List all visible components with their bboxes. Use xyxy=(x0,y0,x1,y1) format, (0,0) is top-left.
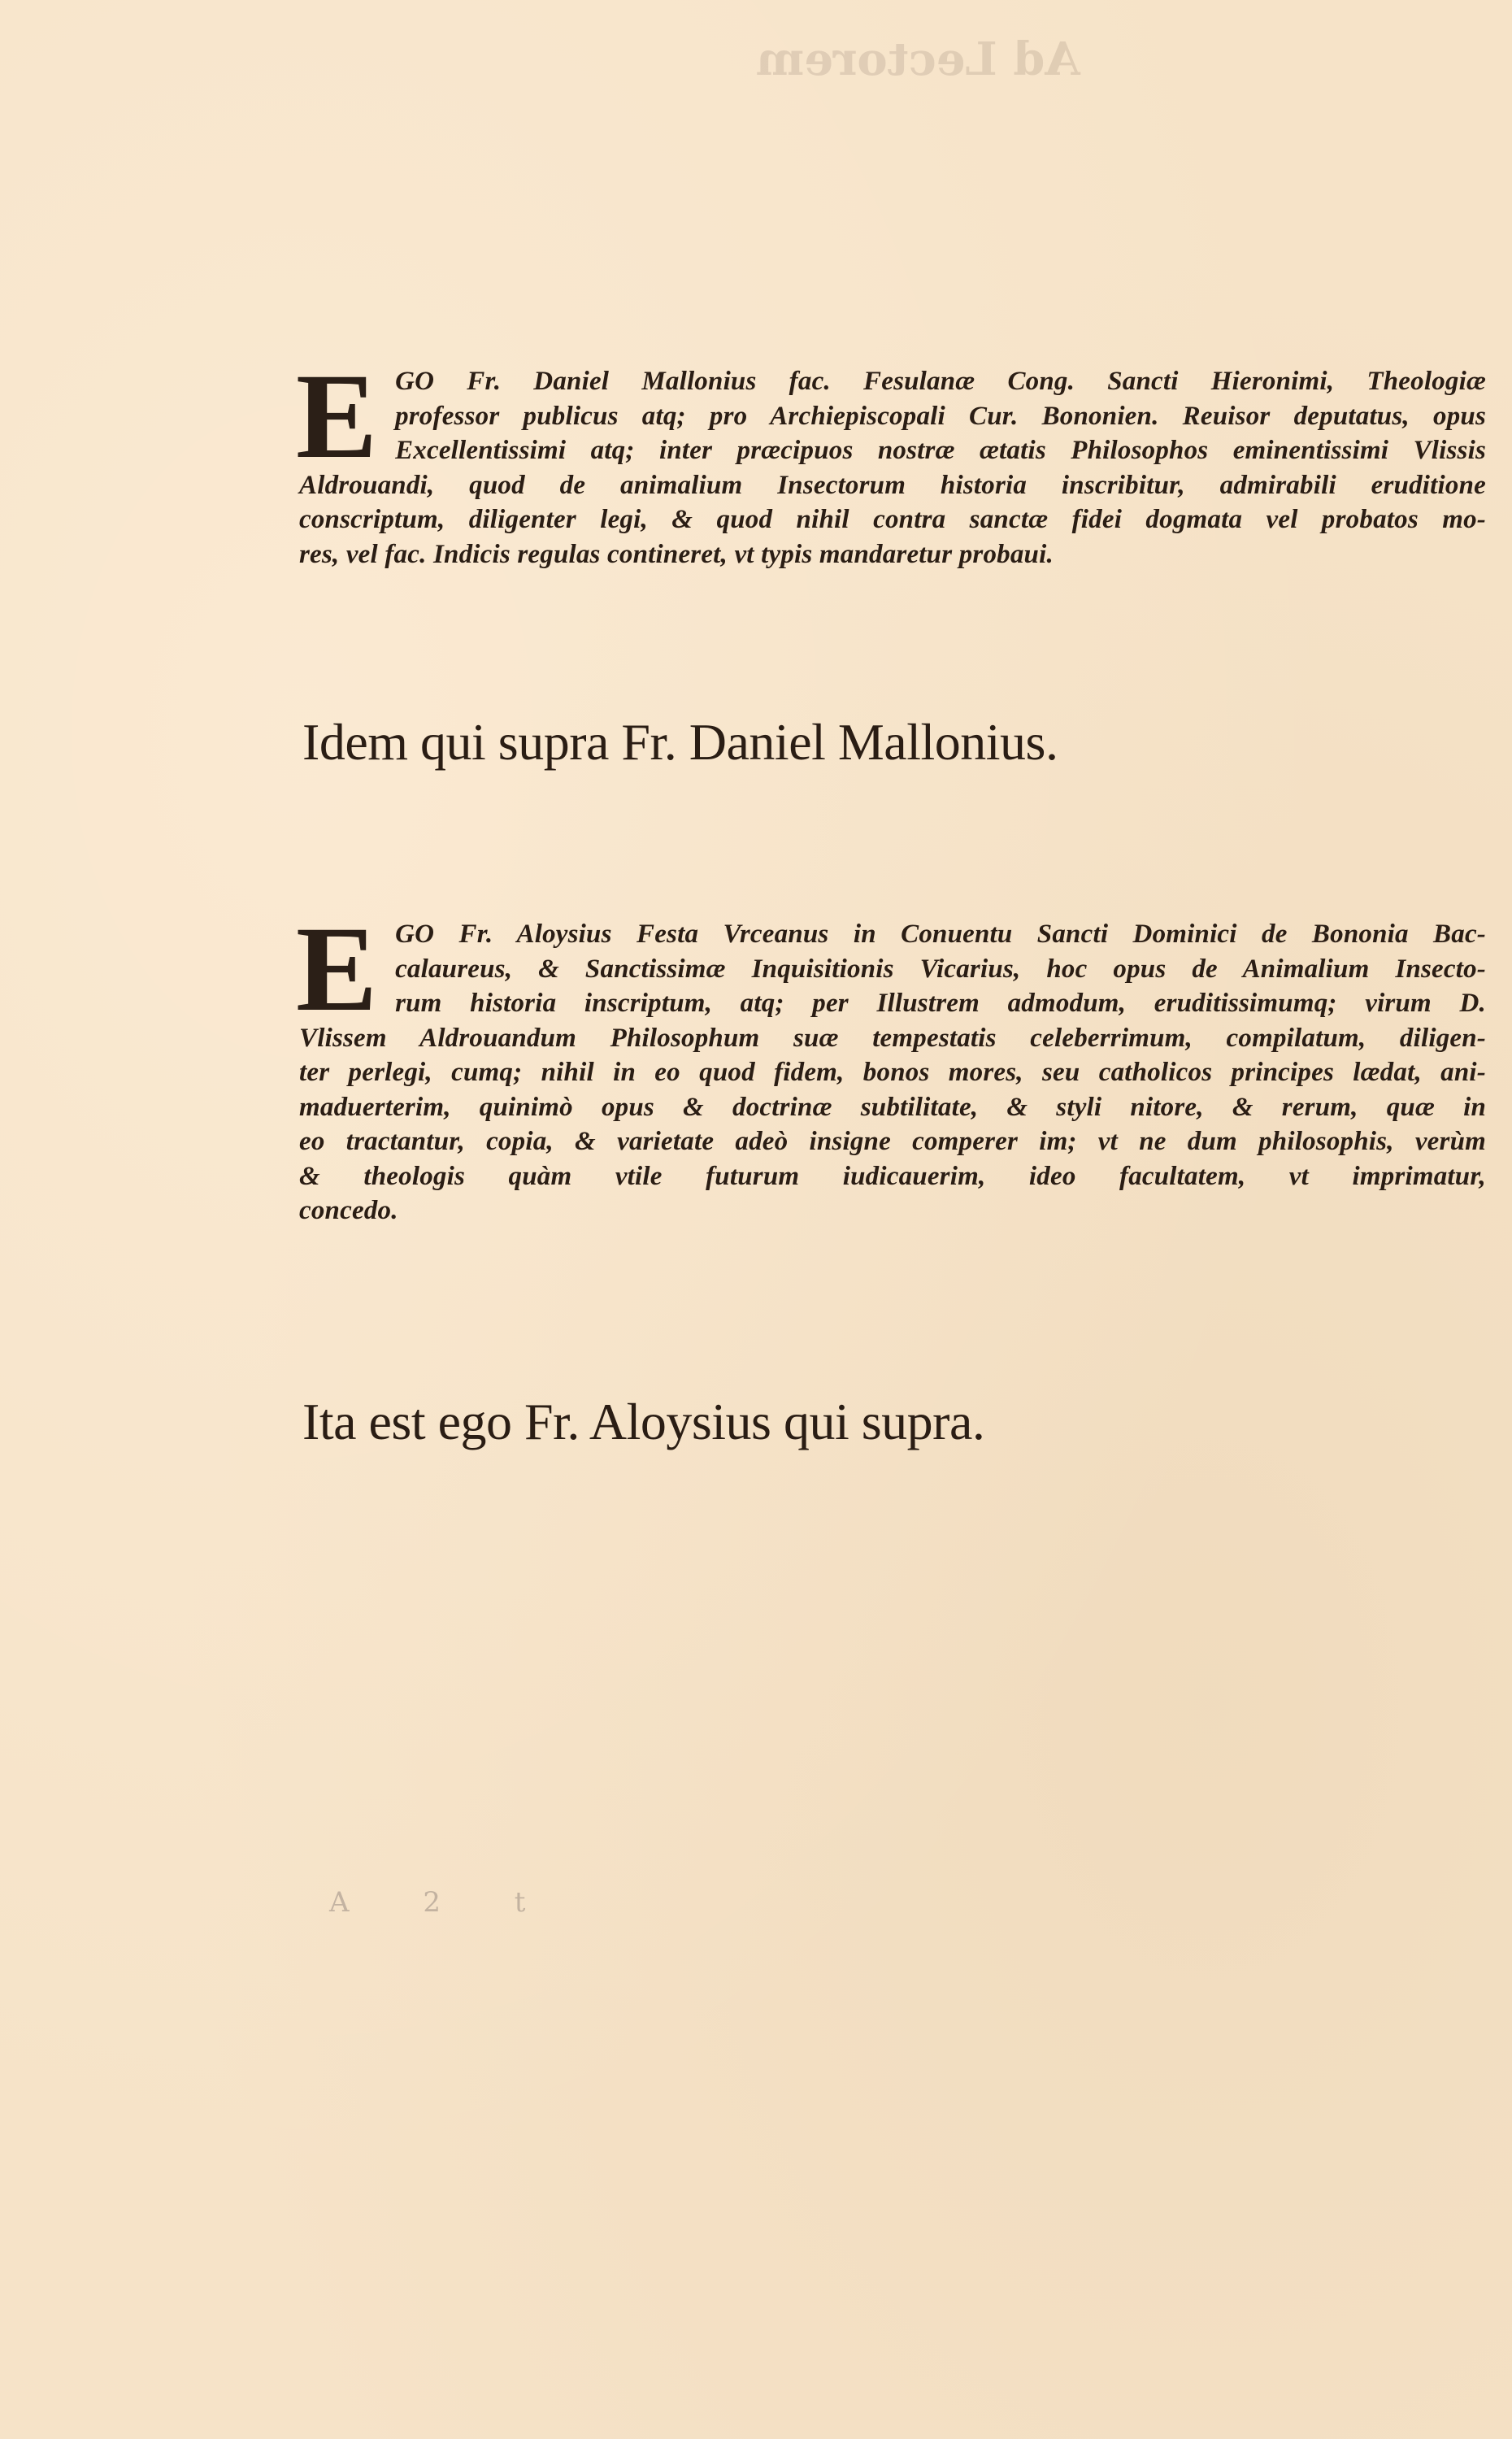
text-line: res, vel fac. Indicis regulas contineret… xyxy=(299,537,1486,572)
text-line: ter perlegi, cumq; nihil in eo quod fide… xyxy=(299,1055,1486,1090)
text-line: conscriptum, diligenter legi, & quod nih… xyxy=(299,502,1486,537)
approval-paragraph-aloysius: E GO Fr. Aloysius Festa Vrceanus in Conu… xyxy=(299,917,1486,1228)
bleed-through-title: Ad Lectorem xyxy=(756,33,1080,86)
signature-mallonius: Idem qui supra Fr. Daniel Mallonius. xyxy=(302,712,1058,772)
approval-paragraph-mallonius: E GO Fr. Daniel Mallonius fac. Fesulanæ … xyxy=(299,364,1486,572)
text-line: & theologis quàm vtile futurum iudicauer… xyxy=(299,1159,1486,1194)
text-line: Aldrouandi, quod de animalium Insectorum… xyxy=(299,468,1486,503)
text-line: GO Fr. Aloysius Festa Vrceanus in Conuen… xyxy=(299,917,1486,952)
drop-cap: E xyxy=(296,924,377,1015)
bleed-through-signature-marks: A 2 t xyxy=(329,1886,558,1919)
text-line: maduerterim, quinimò opus & doctrinæ sub… xyxy=(299,1090,1486,1125)
text-line: rum historia inscriptum, atq; per Illust… xyxy=(299,986,1486,1021)
text-line: concedo. xyxy=(299,1193,1486,1228)
text-line: GO Fr. Daniel Mallonius fac. Fesulanæ Co… xyxy=(299,364,1486,399)
text-line: calaureus, & Sanctissimæ Inquisitionis V… xyxy=(299,952,1486,987)
signature-aloysius: Ita est ego Fr. Aloysius qui supra. xyxy=(302,1392,984,1452)
drop-cap: E xyxy=(296,371,377,462)
text-line: Excellentissimi atq; inter præcipuos nos… xyxy=(299,433,1486,468)
text-line: professor publicus atq; pro Archiepiscop… xyxy=(299,399,1486,434)
text-line: eo tractantur, copia, & varietate adeò i… xyxy=(299,1124,1486,1159)
text-line: Vlissem Aldrouandum Philosophum suæ temp… xyxy=(299,1021,1486,1056)
